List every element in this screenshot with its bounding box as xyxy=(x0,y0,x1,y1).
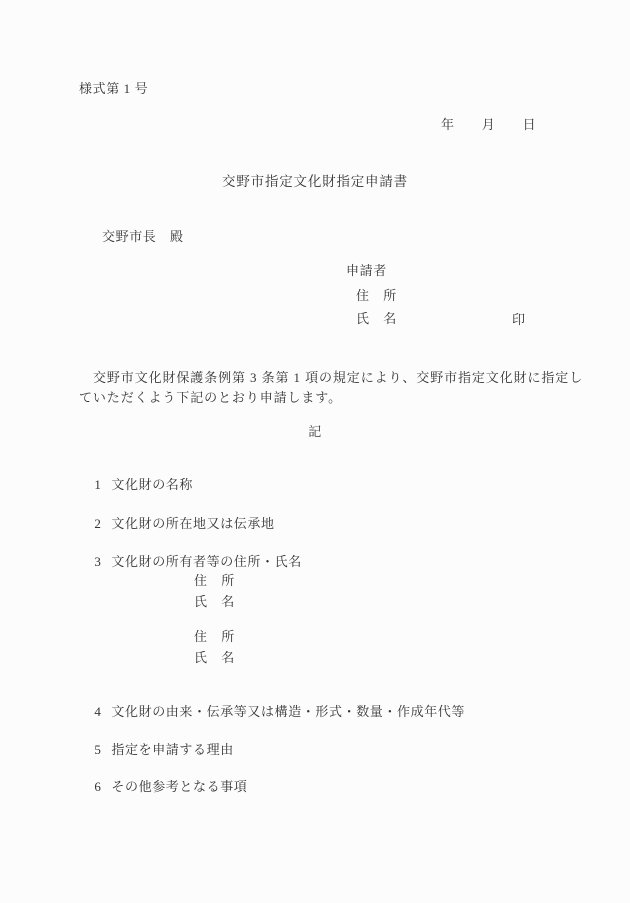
document-page: 様式第 1 号 年 月 日 交野市指定文化財指定申請書 交野市長 殿 申請者 住… xyxy=(0,0,630,903)
item-text: 指定を申請する理由 xyxy=(111,742,233,757)
date-line: 年 月 日 xyxy=(441,117,536,133)
document-title: 交野市指定文化財指定申請書 xyxy=(0,174,630,190)
item-number: 4 xyxy=(94,704,111,720)
item-text: その他参考となる事項 xyxy=(111,779,247,794)
applicant-name-label: 氏 名 xyxy=(356,311,397,327)
item-number: 1 xyxy=(94,477,111,493)
item-text: 文化財の所在地又は伝承地 xyxy=(111,516,274,531)
owner-name-label-1: 氏 名 xyxy=(194,594,235,610)
addressee: 交野市長 殿 xyxy=(102,229,184,245)
form-number: 様式第 1 号 xyxy=(79,81,148,97)
item-number: 3 xyxy=(94,554,111,570)
item-number: 2 xyxy=(94,516,111,532)
list-item-6: 6その他参考となる事項 xyxy=(79,763,247,811)
record-heading: 記 xyxy=(0,424,630,440)
list-item-3: 3文化財の所有者等の住所・氏名 xyxy=(79,538,302,586)
item-number: 5 xyxy=(94,742,111,758)
owner-address-label-2: 住 所 xyxy=(194,629,235,645)
body-paragraph-line-2: ていただくよう下記のとおり申請します。 xyxy=(79,390,342,406)
item-text: 文化財の所有者等の住所・氏名 xyxy=(111,554,301,569)
owner-address-label-1: 住 所 xyxy=(194,573,235,589)
owner-name-label-2: 氏 名 xyxy=(194,650,235,666)
item-text: 文化財の名称 xyxy=(111,477,193,492)
item-number: 6 xyxy=(94,779,111,795)
applicant-heading: 申請者 xyxy=(346,263,387,279)
body-paragraph-line-1: 交野市文化財保護条例第 3 条第 1 項の規定により、交野市指定文化財に指定し xyxy=(79,370,583,386)
applicant-address-label: 住 所 xyxy=(356,288,397,304)
item-text: 文化財の由来・伝承等又は構造・形式・数量・作成年代等 xyxy=(111,704,465,719)
seal-label: 印 xyxy=(512,312,526,328)
